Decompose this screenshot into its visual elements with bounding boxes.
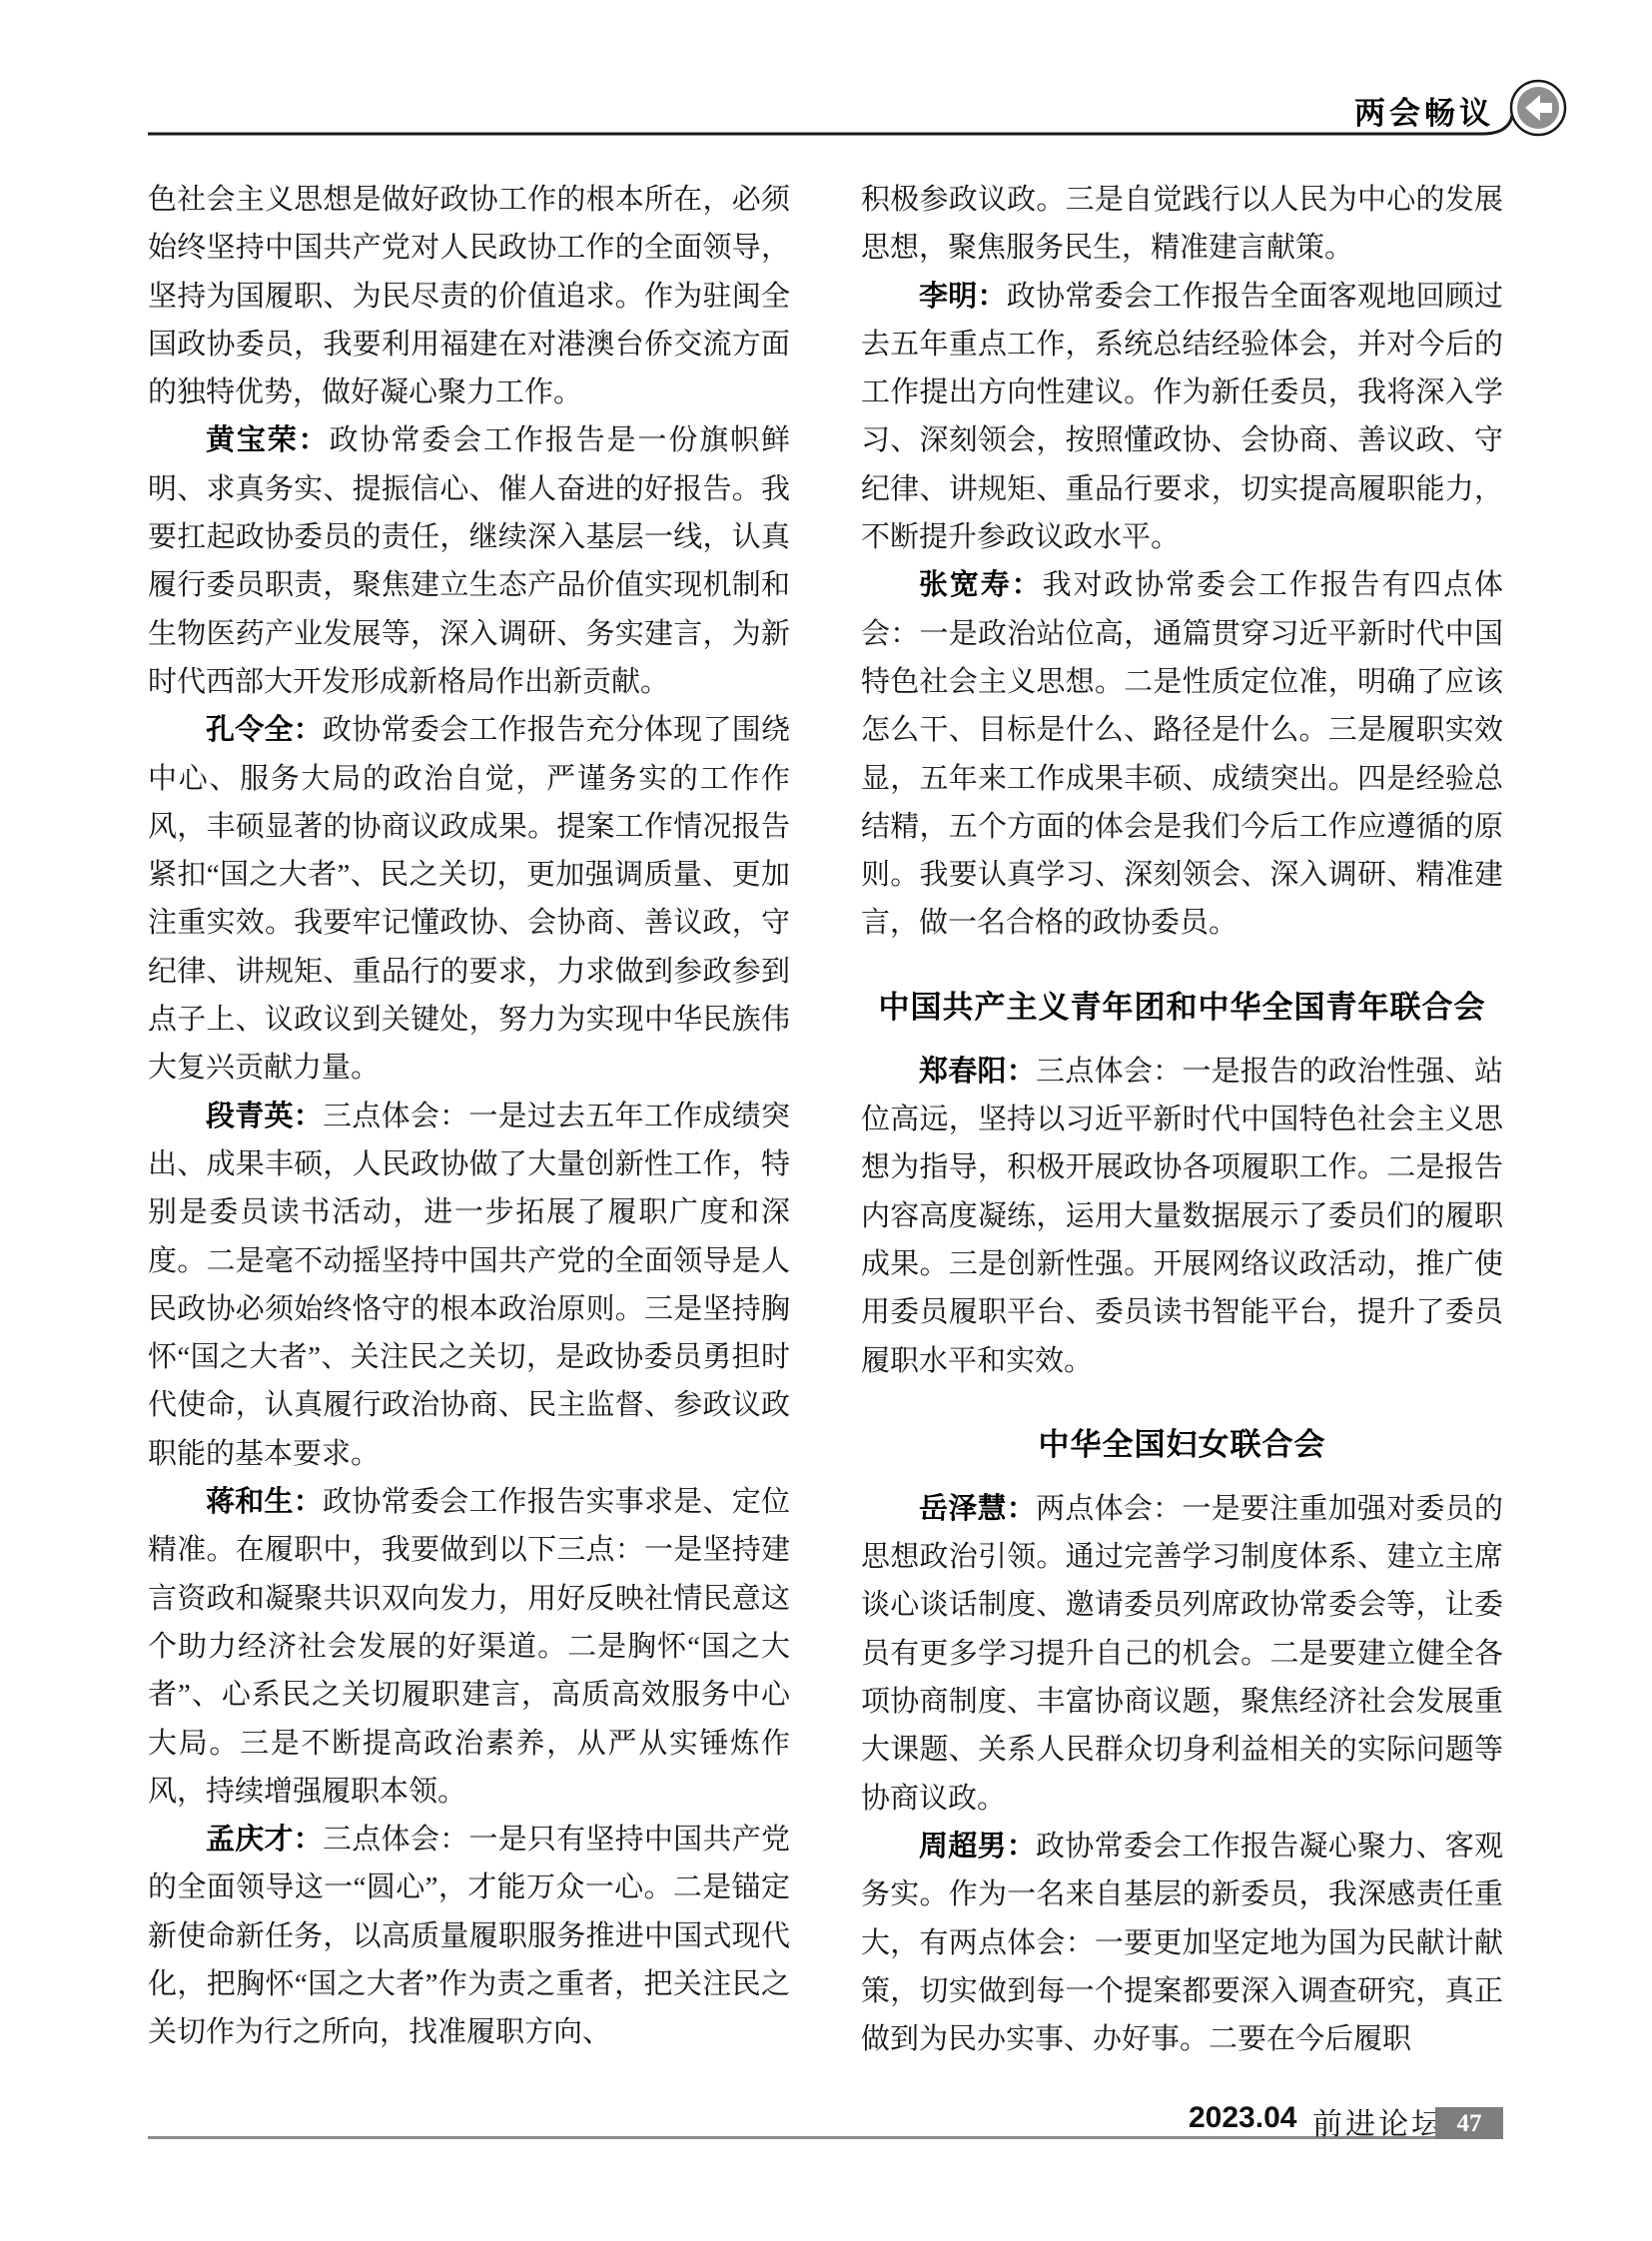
paragraph: 积极参政议政。三是自觉践行以人民为中心的发展思想，聚焦服务民生，精准建言献策。 — [861, 176, 1503, 273]
paragraph-text: 两点体会：一是要注重加强对委员的思想政治引领。通过完善学习制度体系、建立主席谈心… — [861, 1493, 1503, 1815]
paragraph-text: 三点体会：一是过去五年工作成绩突出、成果丰硕，人民政协做了大量创新性工作，特别是… — [148, 1101, 790, 1470]
paragraph-text: 色社会主义思想是做好政协工作的根本所在，必须始终坚持中国共产党对人民政协工作的全… — [148, 184, 790, 408]
speaker-name: 周超男： — [919, 1831, 1036, 1863]
paragraph-text: 政协常委会工作报告全面客观地回顾过去五年重点工作，系统总结经验体会，并对今后的工… — [861, 281, 1503, 553]
issue-date: 2023.04 — [1189, 2101, 1296, 2135]
paragraph: 岳泽慧：两点体会：一是要注重加强对委员的思想政治引领。通过完善学习制度体系、建立… — [861, 1485, 1503, 1823]
paragraph: 周超男：政协常委会工作报告凝心聚力、客观务实。作为一名来自基层的新委员，我深感责… — [861, 1823, 1503, 2063]
paragraph-text: 三点体会：一是报告的政治性强、站位高远，坚持以习近平新时代中国特色社会主义思想为… — [861, 1056, 1503, 1377]
speaker-name: 黄宝荣： — [206, 424, 330, 456]
right-column: 积极参政议政。三是自觉践行以人民为中心的发展思想，聚焦服务民生，精准建言献策。 … — [861, 176, 1503, 2063]
paragraph: 孟庆才：三点体会：一是只有坚持中国共产党的全面领导这一“圆心”，才能万众一心。二… — [148, 1816, 790, 2056]
paragraph-text: 三点体会：一是只有坚持中国共产党的全面领导这一“圆心”，才能万众一心。二是锚定新… — [148, 1824, 790, 2048]
paragraph: 黄宝荣：政协常委会工作报告是一份旗帜鲜明、求真务实、提振信心、催人奋进的好报告。… — [148, 416, 790, 706]
header-rule — [0, 0, 1652, 170]
magazine-page: 两会畅议 色社会主义思想是做好政协工作的根本所在，必须始终坚持中国共产党对人民政… — [0, 0, 1652, 2241]
paragraph-text: 政协常委会工作报告充分体现了围绕中心、服务大局的政治自觉，严谨务实的工作作风，丰… — [148, 714, 790, 1084]
paragraph-text: 积极参政议政。三是自觉践行以人民为中心的发展思想，聚焦服务民生，精准建言献策。 — [861, 184, 1503, 264]
article-body: 色社会主义思想是做好政协工作的根本所在，必须始终坚持中国共产党对人民政协工作的全… — [148, 176, 1503, 2073]
page-number-badge: 47 — [1435, 2107, 1503, 2139]
paragraph: 孔令全：政协常委会工作报告充分体现了围绕中心、服务大局的政治自觉，严谨务实的工作… — [148, 706, 790, 1092]
speaker-name: 郑春阳： — [919, 1056, 1036, 1088]
back-arrow-icon — [1511, 81, 1565, 135]
paragraph-text: 政协常委会工作报告实事求是、定位精准。在履职中，我要做到以下三点：一是坚持建言资… — [148, 1486, 790, 1808]
paragraph-text: 我对政协常委会工作报告有四点体会：一是政治站位高，通篇贯穿习近平新时代中国特色社… — [861, 569, 1503, 939]
paragraph: 李明：政协常委会工作报告全面客观地回顾过去五年重点工作，系统总结经验体会，并对今… — [861, 273, 1503, 562]
paragraph-text: 政协常委会工作报告是一份旗帜鲜明、求真务实、提振信心、催人奋进的好报告。我要扛起… — [148, 424, 790, 697]
paragraph: 张宽寿：我对政协常委会工作报告有四点体会：一是政治站位高，通篇贯穿习近平新时代中… — [861, 561, 1503, 947]
paragraph: 郑春阳：三点体会：一是报告的政治性强、站位高远，坚持以习近平新时代中国特色社会主… — [861, 1048, 1503, 1385]
page-header-title: 两会畅议 — [1354, 88, 1494, 133]
section-heading-womens-federation: 中华全国妇女联合会 — [861, 1421, 1503, 1469]
section-heading-youth-league: 中国共产主义青年团和中华全国青年联合会 — [861, 984, 1503, 1032]
journal-name: 前进论坛 — [1312, 2099, 1444, 2143]
paragraph: 段青英：三点体会：一是过去五年工作成绩突出、成果丰硕，人民政协做了大量创新性工作… — [148, 1093, 790, 1478]
paragraph: 色社会主义思想是做好政协工作的根本所在，必须始终坚持中国共产党对人民政协工作的全… — [148, 176, 790, 416]
speaker-name: 孔令全： — [206, 714, 323, 746]
speaker-name: 李明： — [919, 281, 1007, 313]
footer-rule — [148, 2136, 1435, 2139]
left-column: 色社会主义思想是做好政协工作的根本所在，必须始终坚持中国共产党对人民政协工作的全… — [148, 176, 790, 2057]
speaker-name: 蒋和生： — [206, 1486, 323, 1518]
paragraph-text: 政协常委会工作报告凝心聚力、客观务实。作为一名来自基层的新委员，我深感责任重大，… — [861, 1831, 1503, 2055]
speaker-name: 段青英： — [206, 1101, 323, 1132]
speaker-name: 岳泽慧： — [919, 1493, 1036, 1525]
speaker-name: 孟庆才： — [206, 1824, 323, 1856]
paragraph: 蒋和生：政协常委会工作报告实事求是、定位精准。在履职中，我要做到以下三点：一是坚… — [148, 1478, 790, 1816]
speaker-name: 张宽寿： — [919, 569, 1043, 601]
